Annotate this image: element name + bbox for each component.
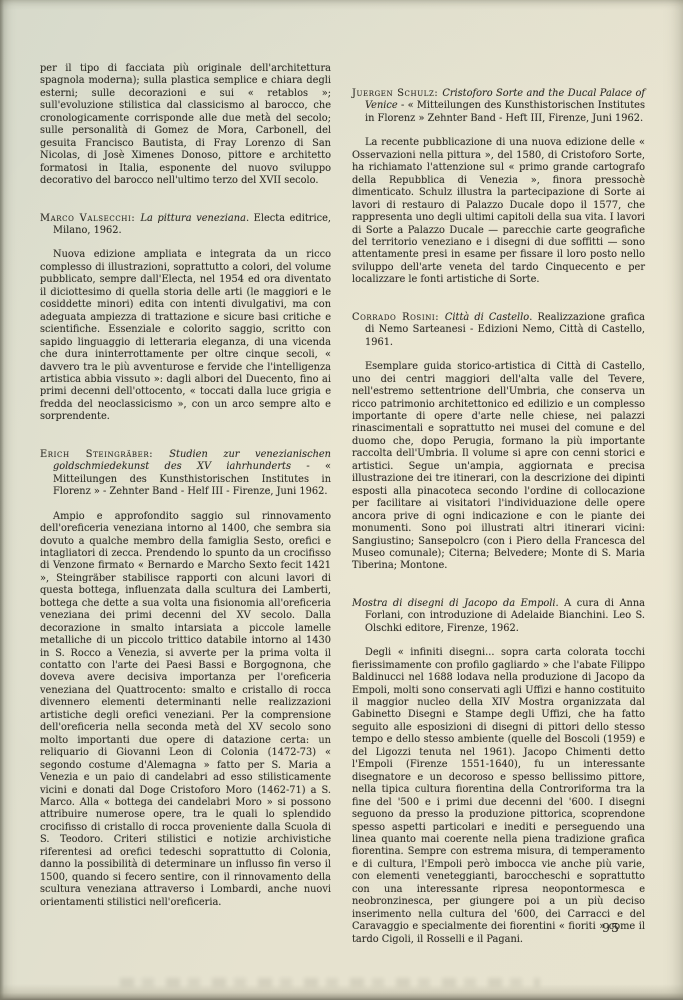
page-number: 95 [594,920,628,935]
body-paragraph: per il tipo di facciata più originale de… [40,63,331,188]
author-name: Corrado Rosini: [352,312,445,323]
right-column: Juergen Schulz: Cristoforo Sorte and the… [352,63,645,946]
work-title: Mostra di disegni di Jacopo da Empoli [352,598,556,609]
author-name: Marco Valsecchi: [40,213,140,224]
body-paragraph: Nuova edizione ampliata e integrata da u… [40,249,331,423]
work-title: Città di Castello [445,312,529,323]
entry-text: La recente pubblicazione di una nuova ed… [352,137,645,285]
bibliography-entry: Erich Steingräber: Studien zur veneziani… [40,449,331,499]
body-paragraph: Esemplare guida storico-artistica di Cit… [352,361,645,573]
entry-text: per il tipo di facciata più originale de… [40,63,331,186]
entry-text: Ampio e approfondito saggio sul rinnovam… [40,511,331,908]
author-name: Juergen Schulz: [352,88,442,99]
body-paragraph: Degli « infiniti disegni... sopra carta … [352,647,645,946]
bibliography-entry: Mostra di disegni di Jacopo da Empoli. A… [352,598,645,635]
bibliography-entry: Juergen Schulz: Cristoforo Sorte and the… [352,88,645,125]
author-name: Erich Steingräber: [40,449,169,460]
entry-text: Degli « infiniti disegni... sopra carta … [352,647,645,944]
page-left-edge-shadow [0,0,4,1000]
entry-text: Nuova edizione ampliata e integrata da u… [40,249,331,422]
entry-text: Esemplare guida storico-artistica di Cit… [352,361,645,571]
work-title: La pittura veneziana [140,213,245,224]
entry-text: - « Mitteilungen des Kunsthistorischen I… [365,100,645,123]
body-paragraph: La recente pubblicazione di una nuova ed… [352,137,645,286]
bibliography-entry: Corrado Rosini: Città di Castello. Reali… [352,312,645,349]
page-bottom-edge-shadow [0,984,683,1000]
body-paragraph: Ampio e approfondito saggio sul rinnovam… [40,511,331,910]
bibliography-entry: Marco Valsecchi: La pittura veneziana. E… [40,213,331,238]
left-column: per il tipo di facciata più originale de… [40,63,331,909]
scanned-page-sheet: per il tipo di facciata più originale de… [0,0,683,1000]
